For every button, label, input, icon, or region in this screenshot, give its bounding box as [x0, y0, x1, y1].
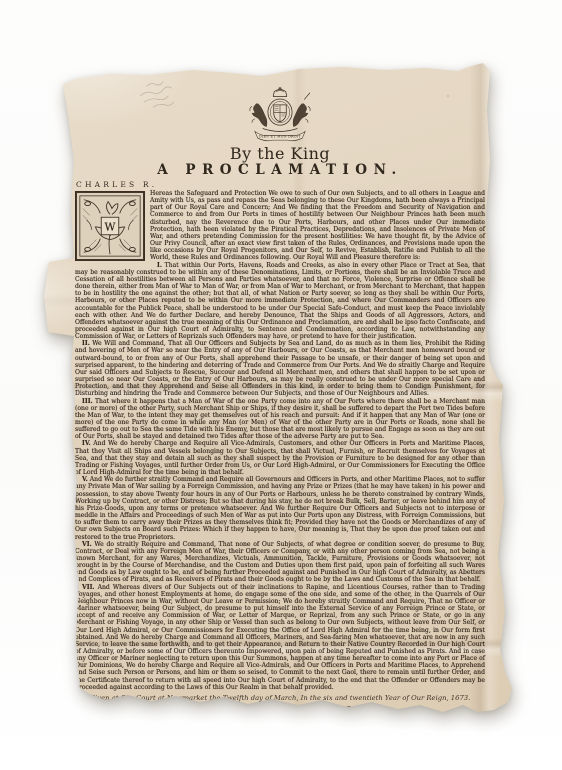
article-7-number: VII.	[82, 584, 95, 591]
article-5: V. And We do further straitly Command an…	[75, 476, 485, 540]
heading-proclamation: A PROCLAMATION.	[75, 163, 485, 178]
article-1-number: I.	[157, 262, 162, 269]
god-save-the-king: GOD SAVE THE KING.	[75, 705, 485, 714]
article-6: VI. We do straitly Require and Command, …	[75, 541, 485, 584]
imprint-rule	[65, 718, 500, 719]
article-3: III. That where it happens that a Man of…	[75, 398, 485, 441]
article-6-text: We do straitly Require and Command, That…	[75, 541, 485, 584]
printer-imprint: LONDON, Printed by the Assigns of John B…	[65, 720, 500, 734]
opening-text: Hereas the Safeguard and Protection We o…	[150, 190, 485, 261]
article-7: VII. And Whereas divers of Our Subjects …	[75, 584, 485, 691]
drop-cap-letter: W	[105, 220, 116, 233]
article-1: I. That within Our Ports, Havens, Roads …	[75, 262, 485, 341]
article-2-number: II.	[82, 340, 90, 347]
proclamation-sheet: DIEU ET MON DROIT By the King A PROCLAMA…	[0, 0, 562, 770]
article-4: IV. And We do hereby Charge and Require …	[75, 440, 485, 476]
article-3-text: That where it happens that a Man of War …	[75, 398, 485, 441]
article-4-text: And We do hereby Charge and Require all …	[75, 440, 485, 476]
proclamation-body: W Hereas the Safeguard and Protection We…	[75, 190, 485, 691]
article-2: II. We Will and Command, That all Our Of…	[75, 340, 485, 397]
royal-signature: CHARLES R.	[76, 180, 485, 189]
article-6-number: VI.	[82, 541, 92, 548]
article-7-text: And Whereas divers of Our Subjects out o…	[75, 584, 485, 691]
article-3-number: III.	[82, 398, 93, 405]
decorative-initial-woodcut: W	[75, 191, 145, 261]
printed-area: DIEU ET MON DROIT By the King A PROCLAMA…	[75, 84, 485, 734]
article-4-number: IV.	[82, 440, 91, 447]
paper-shadow: DIEU ET MON DROIT By the King A PROCLAMA…	[0, 0, 562, 770]
dateline: Given at Our Court at Newmarket the Twel…	[75, 694, 485, 702]
heading-by-the-king: By the King	[75, 145, 485, 162]
arms-motto: DIEU ET MON DROIT	[259, 134, 301, 138]
article-2-text: We Will and Command, That all Our Office…	[75, 340, 485, 397]
article-5-text: And We do further straitly Command and R…	[75, 476, 485, 540]
royal-coat-of-arms: DIEU ET MON DROIT	[243, 86, 317, 144]
photo-stage: DIEU ET MON DROIT By the King A PROCLAMA…	[0, 0, 562, 770]
article-1-text: That within Our Ports, Havens, Roads and…	[75, 262, 485, 341]
